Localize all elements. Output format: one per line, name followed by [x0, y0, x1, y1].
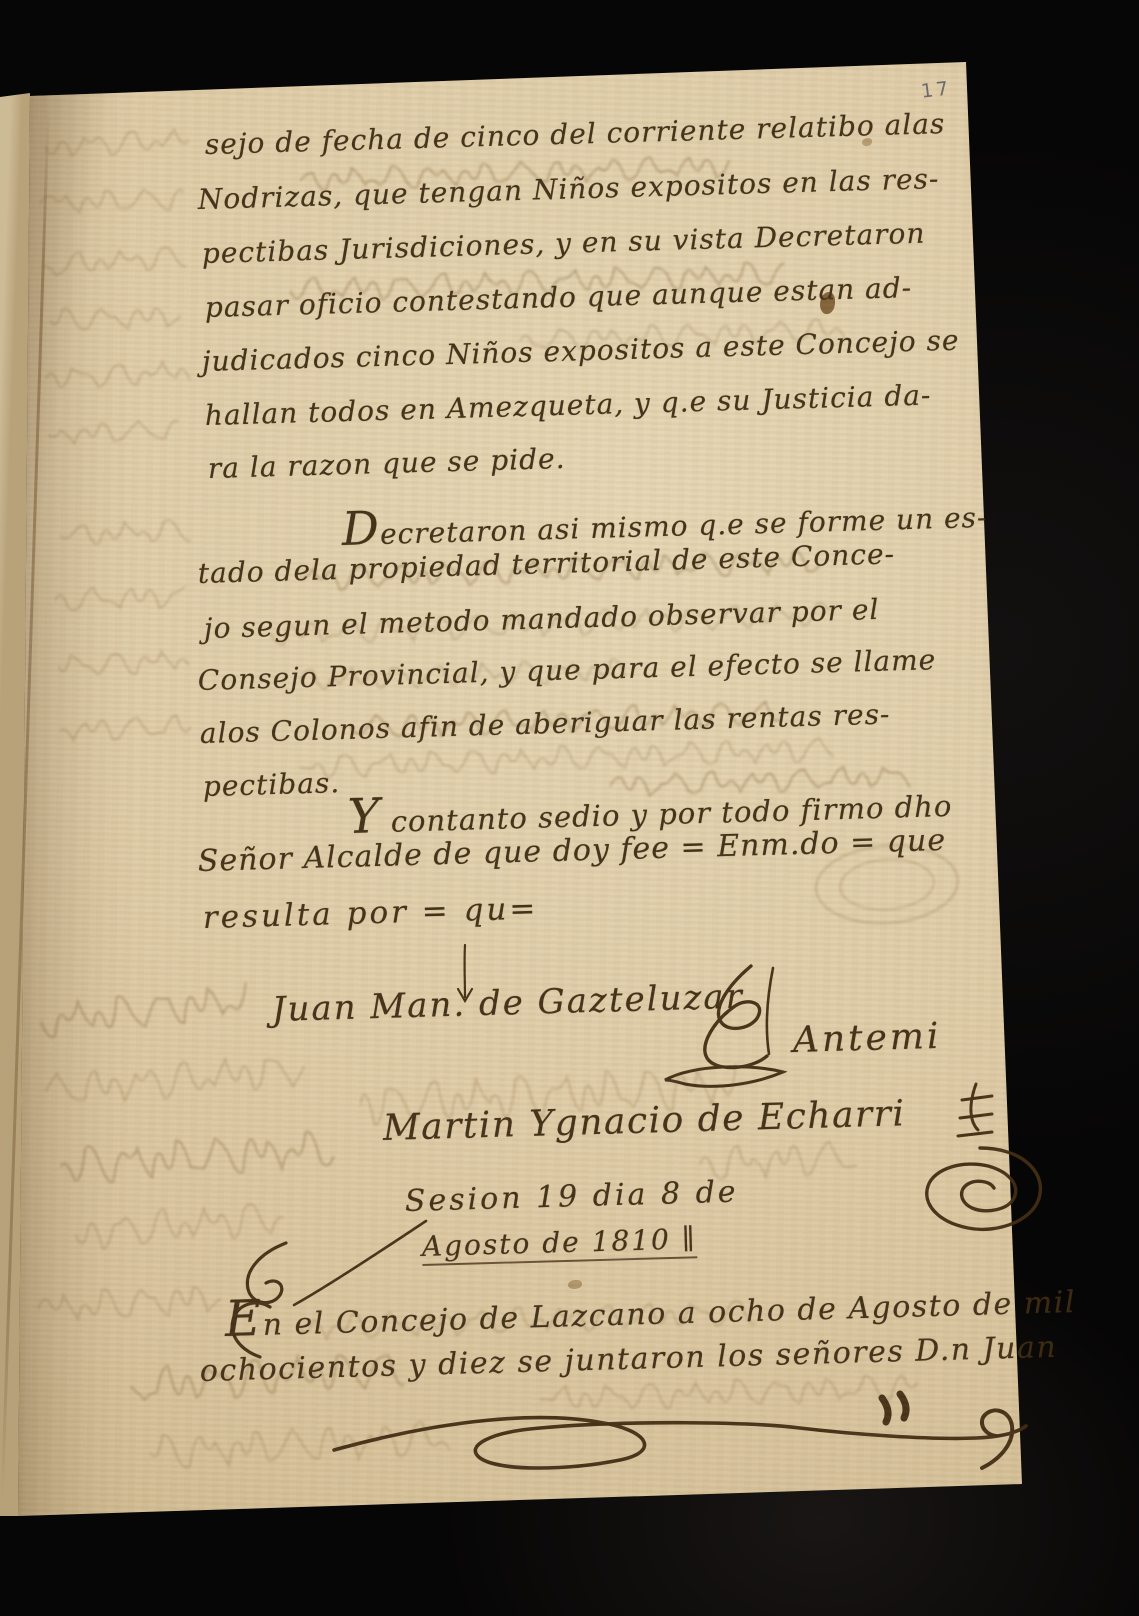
bleedthrough-mark	[55, 583, 196, 614]
folio-number: 17	[920, 77, 953, 103]
session-note-line2: Agosto de 1810 ∥	[421, 1222, 697, 1263]
bleedthrough-mark	[50, 303, 191, 334]
bleedthrough-mark	[40, 185, 191, 216]
bleedthrough-mark	[48, 418, 189, 447]
signature-rubric	[655, 958, 805, 1112]
bleedthrough-mark	[60, 713, 201, 744]
manuscript-photo: sejo de fecha de cinco del corriente rel…	[0, 0, 1139, 1616]
attestation-note: Antemi	[792, 1016, 942, 1061]
closing-flourish	[330, 1388, 1030, 1487]
manuscript-line: pectibas.	[202, 766, 340, 803]
signature-rubric-spiral	[880, 1078, 1065, 1272]
margin-hook-flourish	[972, 1398, 1022, 1477]
